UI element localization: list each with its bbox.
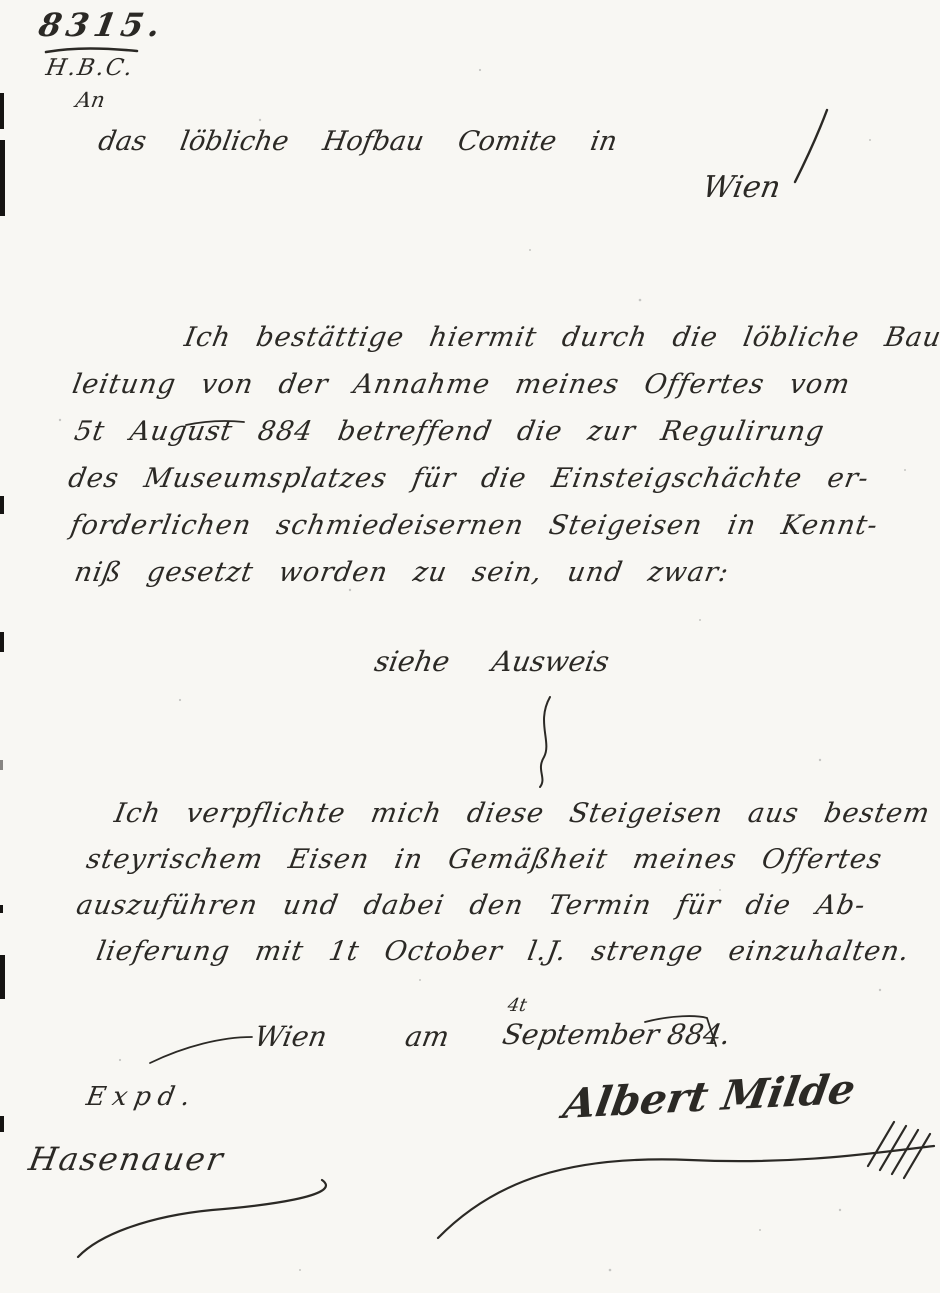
margin-slash-stroke bbox=[795, 110, 827, 182]
handwritten-line: niß gesetzt worden zu sein, und zwar: bbox=[72, 557, 732, 588]
document-number: 8315. bbox=[36, 6, 168, 44]
handwritten-line: leitung von der Annahme meines Offertes … bbox=[70, 369, 853, 400]
handwritten-line: Ich verpflichte mich diese Steigeisen au… bbox=[112, 798, 933, 829]
dateline-month-year: September 884. bbox=[500, 1018, 733, 1051]
reference-note: siehe Ausweis bbox=[372, 645, 612, 678]
registry-mark: H.B.C. bbox=[44, 55, 136, 81]
handwritten-line: des Museumsplatzes für die Einsteigschäc… bbox=[66, 463, 871, 494]
note-brace-stroke bbox=[540, 697, 550, 787]
handwritten-line: forderlichen schmiedeisernen Steigeisen … bbox=[68, 510, 881, 541]
scan-edge-artifacts bbox=[0, 93, 5, 1132]
handwritten-line: 5t August 884 betreffend die zur Regulir… bbox=[72, 416, 827, 447]
number-underline-stroke bbox=[46, 49, 137, 53]
handwritten-line: Ich bestättige hiermit durch die löblich… bbox=[182, 322, 940, 353]
dispatch-mark: Expd. bbox=[84, 1082, 199, 1112]
milde-hatch-stroke bbox=[892, 1130, 918, 1174]
milde-underline-stroke bbox=[438, 1146, 934, 1238]
wien-leadin-stroke bbox=[150, 1037, 252, 1063]
signature-hasenauer: Hasenauer bbox=[26, 1140, 228, 1178]
hasenauer-flourish-stroke bbox=[78, 1180, 326, 1257]
milde-hatch-stroke bbox=[868, 1122, 894, 1166]
handwritten-line: auszuführen und dabei den Termin für die… bbox=[74, 890, 868, 921]
dateline-day: 4t bbox=[506, 995, 528, 1016]
milde-hatch-stroke bbox=[904, 1134, 930, 1178]
scanned-letter-page: 8315. H.B.C. An das löbliche Hofbau Comi… bbox=[0, 0, 940, 1293]
handwritten-line: steyrischem Eisen in Gemäßheit meines Of… bbox=[84, 844, 885, 875]
recipient-city: Wien bbox=[700, 170, 783, 205]
dateline-place: Wien am bbox=[252, 1020, 452, 1053]
recipient-line: das löbliche Hofbau Comite in bbox=[96, 126, 620, 157]
handwritten-line: lieferung mit 1t October l.J. strenge ei… bbox=[94, 936, 912, 967]
salutation: An bbox=[74, 88, 107, 112]
signature-albert-milde: Albert Milde bbox=[560, 1065, 859, 1128]
milde-hatch-stroke bbox=[880, 1126, 906, 1170]
